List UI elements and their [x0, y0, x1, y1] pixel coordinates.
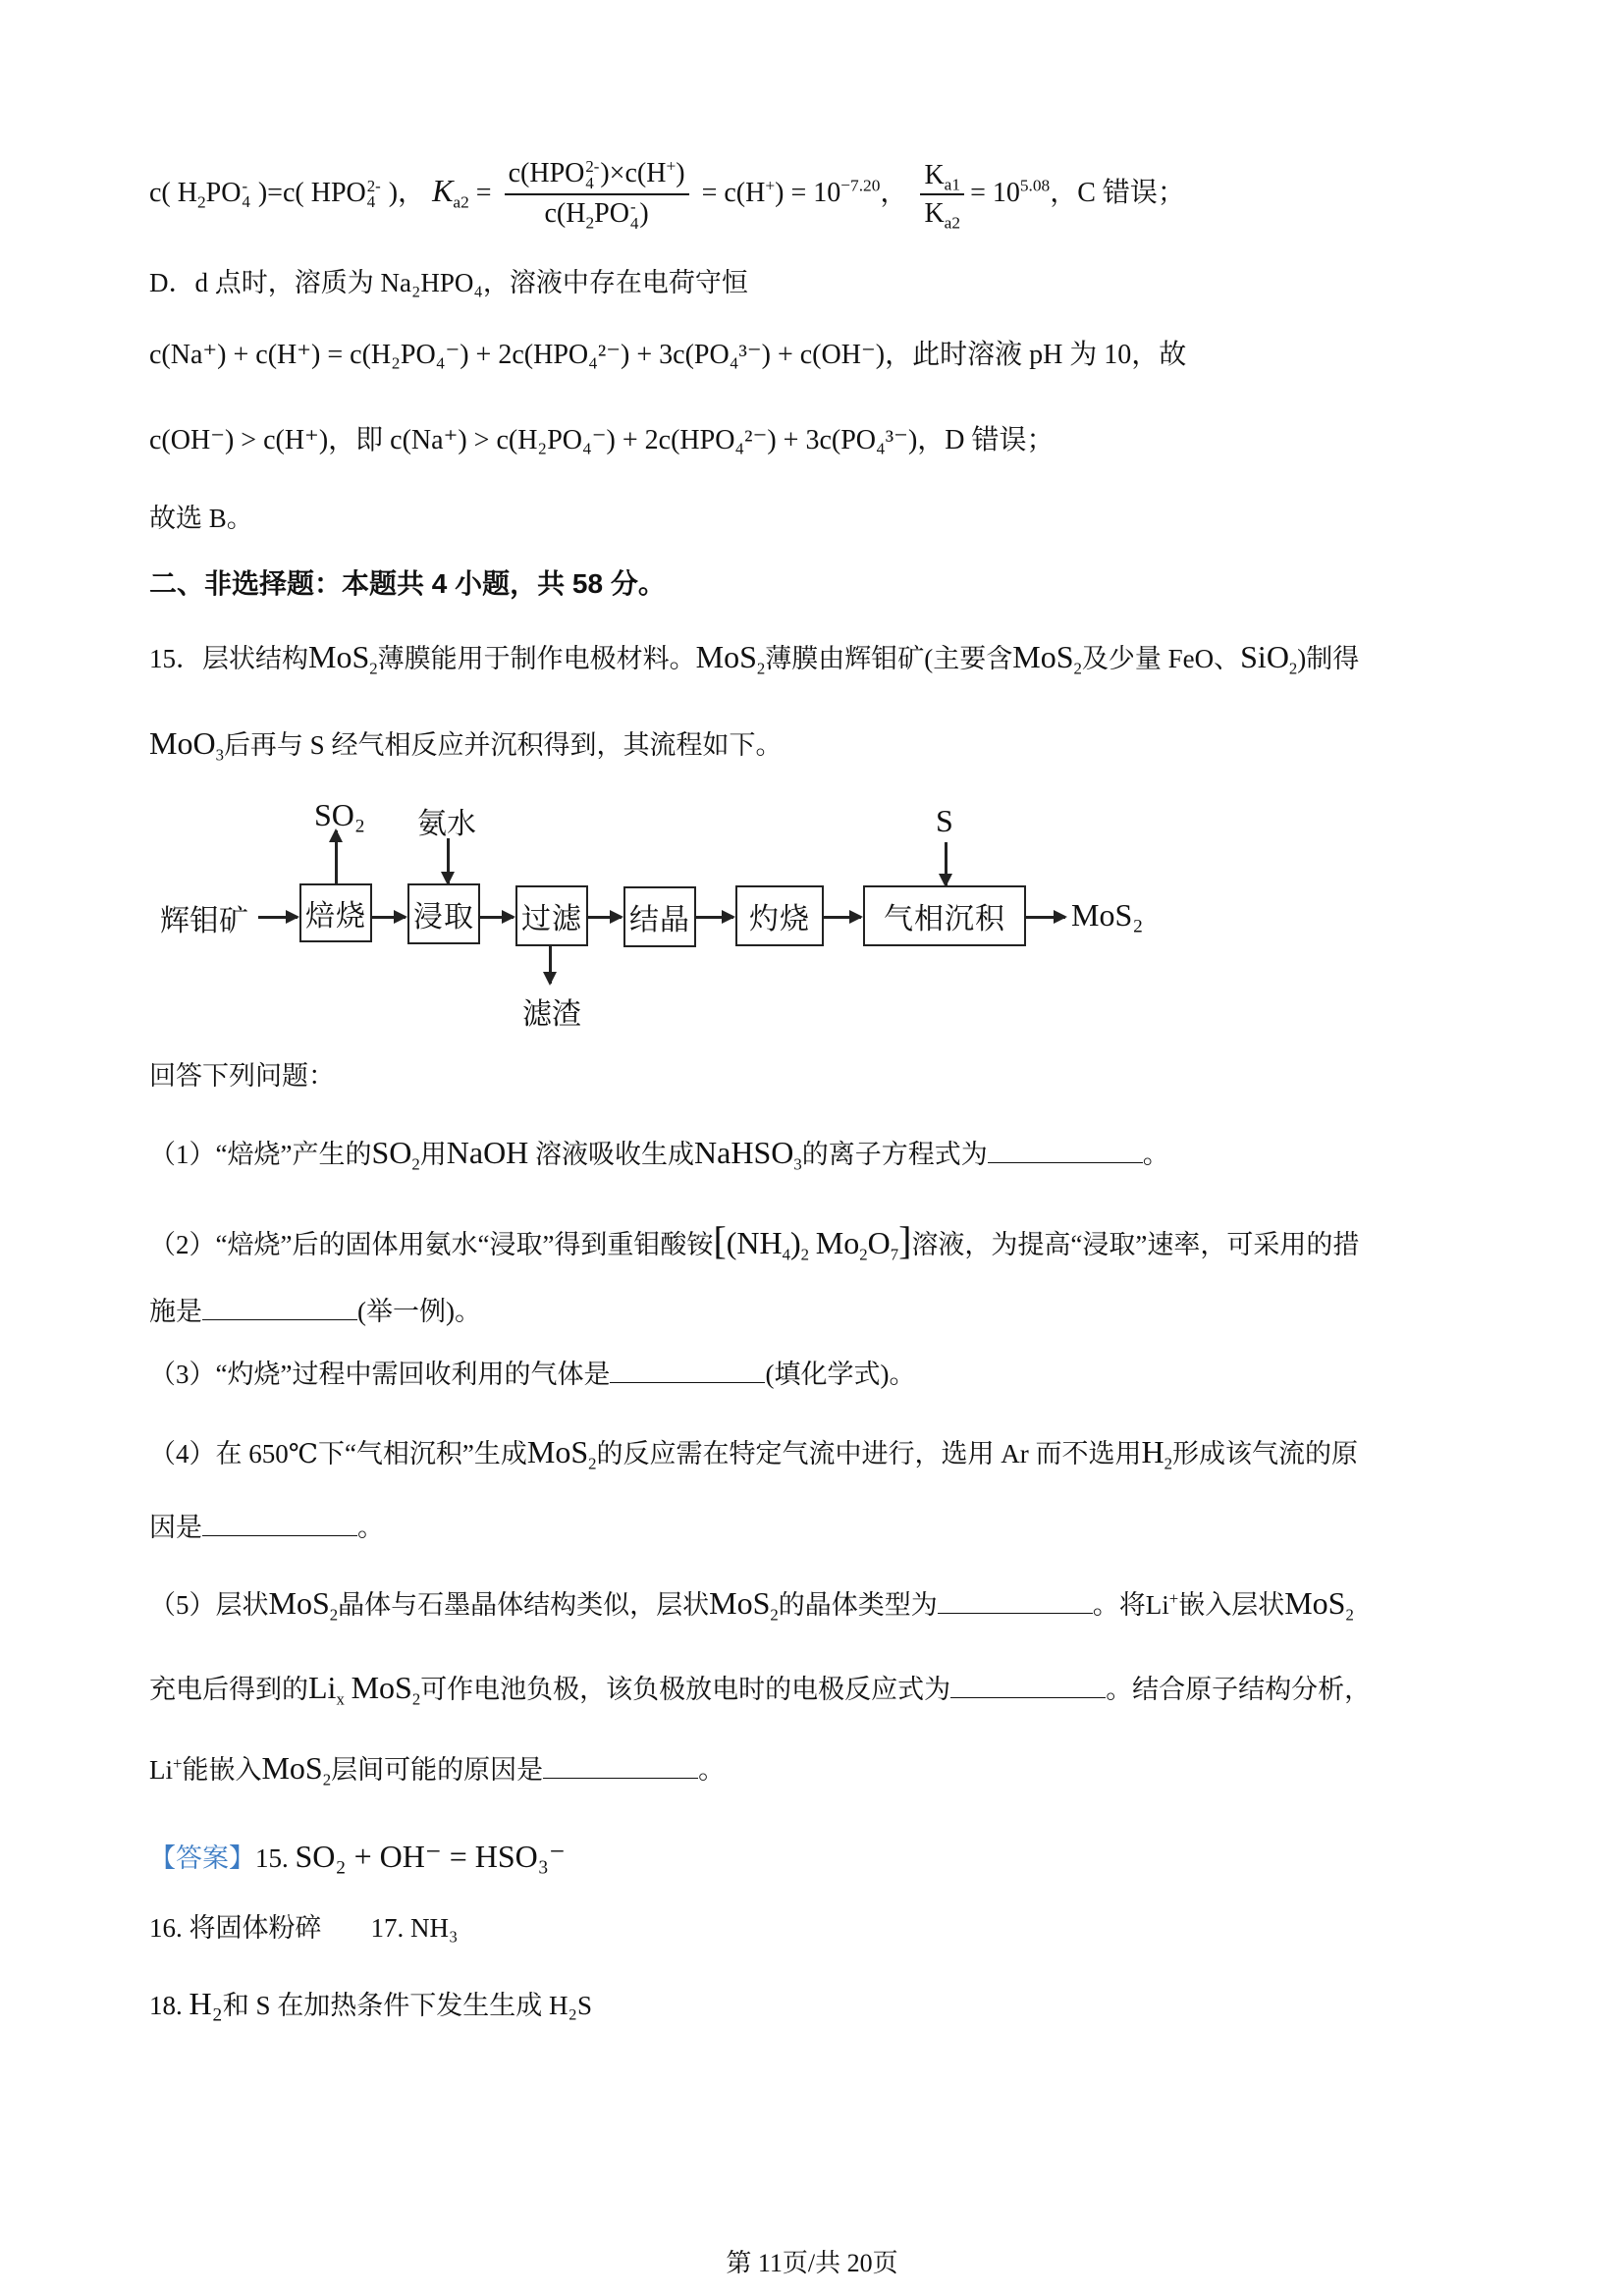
question-text: 。 — [357, 1513, 384, 1542]
q15-sub4-line1: （4）在 650℃下“气相沉积”生成MoS2的反应需在特定气流中进行，选用 Ar… — [149, 1433, 1358, 1470]
formula-mos2: MoS — [696, 639, 757, 674]
solution-d-charge-balance: c(Na⁺) + c(H⁺) = c(H₂PO₄⁻) + 2c(HPO₄²⁻) … — [149, 339, 1186, 372]
eq-text: K — [924, 160, 944, 190]
q15-prompt: 回答下列问题： — [149, 1060, 335, 1092]
arrow-right-icon — [824, 916, 861, 919]
answer-17: 17. NH₃ — [371, 1913, 459, 1943]
question-text: 层间可能的原因是 — [331, 1755, 543, 1785]
stem-text: 及少量 FeO、 — [1082, 644, 1240, 673]
q15-sub1: （1）“焙烧”产生的SO2用NaOH 溶液吸收生成NaHSO3的离子方程式为。 — [149, 1134, 1169, 1171]
stem-text: 薄膜能用于制作电极材料。 — [378, 644, 696, 673]
process-flowchart: 辉钼矿 焙烧 SO₂ 浸取 氨水 过滤 滤渣 结晶 灼烧 气相沉积 S MoS₂ — [152, 805, 1242, 1041]
solution-d-intro: D．d 点时，溶质为 Na₂HPO₄，溶液中存在电荷守恒 — [149, 267, 748, 298]
flow-ammonia-label: 氨水 — [417, 799, 476, 842]
eq-text: ) = 10 — [775, 178, 840, 208]
arrow-right-icon — [696, 916, 733, 919]
eq-sub: a1 — [945, 175, 960, 193]
formula-so2: SO — [371, 1135, 411, 1170]
question-text: 形成该气流的原 — [1172, 1439, 1358, 1468]
formula-h2: H — [1142, 1434, 1164, 1469]
ka2-symbol: K — [432, 173, 453, 208]
ka2-fraction: c(HPO2-4)×c(H+) c(H2PO-4) — [505, 157, 689, 233]
eq-sub: a2 — [945, 214, 960, 233]
question-text: 嵌入层状 — [1178, 1590, 1284, 1620]
formula-mos2: MoS — [261, 1750, 322, 1786]
arrow-right-icon — [588, 916, 622, 919]
flow-step-leach: 浸取 — [407, 883, 480, 944]
eq-text: = 10 — [970, 178, 1020, 208]
question-text: 溶液，为提高“浸取”速率，可采用的措 — [911, 1230, 1359, 1259]
formula-li: Li — [149, 1755, 173, 1785]
question-text: （3）“灼烧”过程中需回收利用的气体是 — [149, 1360, 610, 1389]
flow-step-vapor-deposition: 气相沉积 — [863, 885, 1026, 946]
arrow-right-icon — [1026, 916, 1065, 919]
answer-blank[interactable] — [950, 1674, 1106, 1698]
question-text: 。将 — [1093, 1590, 1146, 1620]
arrow-down-icon — [549, 946, 552, 984]
eq-text: )×c(H — [600, 158, 666, 188]
eq-text: = c(H — [702, 178, 766, 208]
eq-text: K — [924, 198, 944, 229]
formula-mos2: MoS — [709, 1585, 770, 1621]
question-text: （1）“焙烧”产生的 — [149, 1140, 371, 1169]
ka2-sub: a2 — [453, 192, 468, 211]
formula-moo3: MoO — [149, 725, 216, 761]
arrow-right-icon — [258, 916, 298, 919]
arrow-up-icon — [335, 830, 338, 883]
formula-mos2: MoS — [1012, 639, 1073, 674]
question-text: 因是 — [149, 1513, 202, 1542]
q15-stem-line1: 15．层状结构MoS2薄膜能用于制作电极材料。MoS2薄膜由辉钼矿(主要含MoS… — [149, 638, 1359, 675]
q15-sub2-line1: （2）“焙烧”后的固体用氨水“浸取”得到重钼酸铵[(NH4)2 Mo2O7]溶液… — [149, 1217, 1359, 1264]
conclusion-text: ，C 错误； — [1050, 178, 1185, 208]
eq-text: c(H — [544, 198, 585, 229]
stem-text: 15．层状结构 — [149, 644, 308, 673]
flow-sulfur-label: S — [936, 803, 953, 839]
question-text: 用 — [420, 1140, 447, 1169]
formula-mos2: MoS — [308, 639, 369, 674]
answer-number: 15. — [255, 1843, 289, 1873]
formula-mo2o7: Mo — [816, 1225, 859, 1260]
exponent: −7.20 — [840, 176, 880, 194]
charge-tail-text: ，此时溶液 pH 为 10，故 — [885, 340, 1186, 370]
solution-d-inequality: c(OH⁻) > c(H⁺)，即 c(Na⁺) > c(H₂PO₄⁻) + 2c… — [149, 424, 1055, 457]
question-text: 。结合原子结构分析， — [1106, 1675, 1371, 1704]
question-text: 施是 — [149, 1297, 202, 1326]
question-text: 晶体与石墨晶体结构类似，层状 — [338, 1590, 709, 1620]
question-text: 溶液吸收生成 — [535, 1140, 694, 1169]
q15-stem-line2: MoO3后再与 S 经气相反应并沉积得到，其流程如下。 — [149, 724, 782, 762]
arrow-down-icon — [447, 838, 450, 883]
solution-choice: 故选 B。 — [149, 503, 253, 534]
flow-residue-label: 滤渣 — [522, 989, 581, 1033]
page-footer: 第 11页/共 20页 — [0, 2243, 1624, 2279]
charge-balance-equation: c(Na⁺) + c(H⁺) = c(H₂PO₄⁻) + 2c(HPO₄²⁻) … — [149, 340, 885, 370]
formula-mos2: MoS — [1284, 1585, 1345, 1621]
answer-18: 和 S 在加热条件下发生生成 H₂S — [223, 1991, 592, 2020]
eq-text: PO — [594, 198, 629, 229]
question-text: 可作电池负极，该负极放电时的电极反应式为 — [420, 1675, 950, 1704]
eq-text: )=c( HPO — [251, 178, 366, 208]
q15-sub5-line3: Li+能嵌入MoS2层间可能的原因是。 — [149, 1749, 725, 1787]
eq-text: PO — [206, 178, 242, 208]
eq-text: )， — [382, 178, 425, 208]
answer-number: 18. — [149, 1991, 183, 2020]
ka-ratio-fraction: Ka1 Ka2 — [920, 159, 964, 231]
formula-mos2: MoS — [527, 1434, 588, 1469]
q15-sub3: （3）“灼烧”过程中需回收利用的气体是(填化学式)。 — [149, 1359, 915, 1390]
exponent: 5.08 — [1020, 176, 1050, 194]
flow-product-label: MoS₂ — [1071, 897, 1143, 934]
answer-blank[interactable] — [610, 1359, 765, 1383]
eq-text: c( H — [149, 178, 197, 208]
formula-naoh: NaOH — [447, 1135, 529, 1170]
arrow-right-icon — [480, 916, 514, 919]
answer-15-equation: SO₂ + OH⁻ = HSO₃⁻ — [296, 1839, 566, 1874]
eq-text: c(HPO — [509, 158, 585, 188]
question-text: 的离子方程式为 — [802, 1140, 988, 1169]
formula-lix: Li — [308, 1670, 336, 1705]
question-text: （5）层状 — [149, 1590, 269, 1620]
answer-blank[interactable] — [202, 1296, 357, 1320]
stem-text: 薄膜由辉钼矿(主要含 — [765, 644, 1012, 673]
formula-li: Li — [1146, 1590, 1169, 1620]
question-text: （2）“焙烧”后的固体用氨水“浸取”得到重钼酸铵 — [149, 1230, 713, 1259]
solution-c-equation: c( H2PO-4 )=c( HPO2-4 )， Ka2 = c(HPO2-4)… — [149, 157, 1185, 233]
formula-nahso3: NaHSO — [694, 1135, 793, 1170]
question-text: （4）在 650℃下“气相沉积”生成 — [149, 1439, 527, 1468]
question-text: 的晶体类型为 — [779, 1590, 938, 1620]
q15-sub5-line1: （5）层状MoS2晶体与石墨晶体结构类似，层状MoS2的晶体类型为。将Li+嵌入… — [149, 1584, 1354, 1622]
question-text: 充电后得到的 — [149, 1675, 308, 1704]
answer-blank[interactable] — [938, 1589, 1093, 1614]
answer-line-16-17: 16. 将固体粉碎17. NH₃ — [149, 1912, 458, 1944]
formula-mos2: MoS — [269, 1585, 330, 1621]
question-text: 。 — [698, 1755, 725, 1785]
question-text: 。 — [1143, 1140, 1169, 1169]
answer-16: 16. 将固体粉碎 — [149, 1913, 322, 1943]
flow-step-crystallize: 结晶 — [623, 886, 696, 947]
q15-sub5-line2: 充电后得到的Lix MoS2可作电池负极，该负极放电时的电极反应式为。结合原子结… — [149, 1669, 1371, 1706]
formula-sio2: SiO — [1240, 639, 1289, 674]
flow-step-roast: 焙烧 — [299, 883, 372, 942]
answer-line-18: 18. H₂和 S 在加热条件下发生生成 H₂S — [149, 1985, 592, 2022]
eq-text: ) — [639, 198, 648, 229]
stem-text: 后再与 S 经气相反应并沉积得到，其流程如下。 — [224, 730, 783, 760]
arrow-right-icon — [372, 916, 406, 919]
answer-tag: 【答案】 — [149, 1843, 255, 1873]
answer-line-15: 【答案】15. SO₂ + OH⁻ = HSO₃⁻ — [149, 1838, 566, 1875]
question-text: 能嵌入 — [182, 1755, 261, 1785]
q15-sub4-line2: 因是。 — [149, 1512, 384, 1543]
flow-so2-label: SO₂ — [314, 797, 365, 833]
question-text: (举一例)。 — [357, 1297, 481, 1326]
formula-ammonium: (NH — [727, 1225, 783, 1260]
formula-mos2: MoS — [352, 1670, 412, 1705]
inequality-tail-text: ，D 错误； — [917, 425, 1054, 455]
section-heading: 二、非选择题：本题共 4 小题，共 58 分。 — [149, 567, 666, 601]
stem-text: )制得 — [1297, 644, 1359, 673]
q15-sub2-line2: 施是(举一例)。 — [149, 1296, 481, 1327]
arrow-down-icon — [945, 842, 947, 885]
flow-input-label: 辉钼矿 — [160, 896, 248, 939]
question-text: 的反应需在特定气流中进行，选用 Ar 而不选用 — [597, 1439, 1142, 1468]
eq-text: ， — [880, 178, 907, 208]
formula-h2: H₂ — [189, 1986, 223, 2021]
flow-step-filter: 过滤 — [515, 885, 588, 946]
eq-text: ) — [676, 158, 684, 188]
answer-blank[interactable] — [543, 1754, 698, 1779]
inequality-equation: c(OH⁻) > c(H⁺)，即 c(Na⁺) > c(H₂PO₄⁻) + 2c… — [149, 425, 917, 455]
answer-blank[interactable] — [202, 1512, 357, 1536]
flow-step-calcine: 灼烧 — [735, 885, 824, 946]
answer-blank[interactable] — [988, 1139, 1143, 1163]
question-text: (填化学式)。 — [765, 1360, 915, 1389]
